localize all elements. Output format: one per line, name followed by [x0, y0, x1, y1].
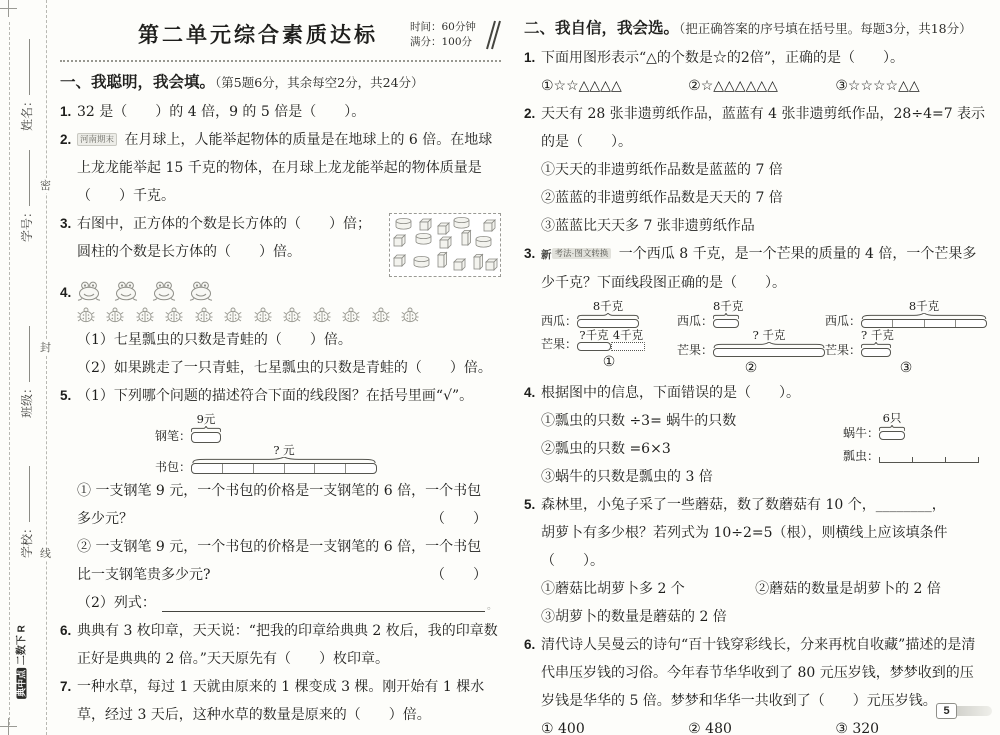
answer-blank-line — [162, 611, 485, 612]
question-1-5: 5. （1）下列哪个问题的描述符合下面的线段图？在括号里画“√”。 钢笔： 9元… — [60, 382, 501, 617]
crop-mark — [8, 718, 9, 735]
question-1-2: 2. 河南期末 在月球上，人能举起物体的质量是在地球上的 6 倍。在地球上龙龙能… — [60, 126, 501, 210]
pen-bag-line-diagram: 钢笔： 9元 书包： ? 元 — [155, 413, 455, 474]
pen-bar — [191, 432, 221, 443]
frog-icon — [152, 281, 176, 302]
student-name-field: 姓名： — [13, 39, 41, 131]
right-column: 二、我自信，我会选。（把正确答案的序号填在括号里。每题3分，共18分） 1. 下… — [524, 14, 987, 735]
question-1-5-option2: ② 一支钢笔 9 元，一个书包的价格是一支钢笔的 6 倍，一个书包 — [77, 533, 501, 561]
question-2-2-option1: ①天天的非遗剪纸作品数是蓝蓝的 7 倍 — [541, 156, 987, 184]
line-diagram-2: 西瓜： 8千克 芒果： ? 千克 — [677, 299, 825, 379]
ladybug-icon — [77, 307, 95, 323]
melon-bar — [713, 319, 739, 328]
crop-mark — [8, 0, 9, 17]
ladybug-line — [879, 457, 979, 463]
student-id-field: 学号： — [13, 150, 41, 242]
seal-char-mi: 密 — [40, 178, 51, 193]
ladybug-icon — [283, 307, 301, 323]
ladybug-icon — [224, 307, 242, 323]
ladybug-icon — [342, 307, 360, 323]
class-blank-line — [20, 326, 30, 382]
question-2-2-option3: ③蓝蓝比天天多 7 张非遗剪纸作品 — [541, 212, 987, 240]
question-2-5-options-row1: ①蘑菇比胡萝卜多 2 个 ②蘑菇的数量是胡萝卜的 2 倍 — [541, 575, 987, 603]
question-2-4-option1: ①瓢虫的只数 ÷3= 蜗牛的只数 — [541, 407, 846, 435]
frog-icon — [77, 281, 101, 302]
binding-dashed-line-inner — [46, 0, 47, 735]
mango-bar — [577, 342, 611, 351]
seal-char-xian: 线 — [40, 546, 51, 561]
ladybug-icon — [106, 307, 124, 323]
question-1-5-option1-end: 多少元？（ ） — [77, 505, 501, 533]
frog-icon — [189, 281, 213, 302]
ladybug-icon — [254, 307, 272, 323]
melon-bar — [577, 319, 639, 328]
cube-cylinder-diagram — [389, 213, 501, 277]
time-label: 时间：60分钟 — [410, 20, 484, 35]
ladybug-icon — [372, 307, 390, 323]
question-1-5-sub1: （1）下列哪个问题的描述符合下面的线段图？在括号里画“√”。 — [77, 382, 501, 410]
ladybug-icon — [165, 307, 183, 323]
question-1-5-sub2: （2）列式： 。 — [77, 589, 501, 617]
seal-char-feng: 封 — [40, 340, 51, 355]
ladybug-icon — [313, 307, 331, 323]
question-1-5-option2-end: 比一支钢笔贵多少元?（ ） — [77, 561, 501, 589]
bag-bar — [191, 463, 377, 474]
publisher-logo: 典中点 二数下 R — [8, 625, 37, 699]
question-1-4-sub1: （1）七星瓢虫的只数是青蛙的（ ）倍。 — [77, 326, 501, 354]
question-2-6-options: ① 400 ② 480 ③ 320 — [541, 715, 987, 735]
school-blank-line — [20, 466, 30, 522]
mango-bar — [861, 348, 891, 357]
paper-header: 第二单元综合素质达标 时间：60分钟 满分：100分 — [60, 12, 501, 58]
frog-row — [77, 279, 501, 305]
page-number-badge: 5 — [936, 703, 957, 719]
worksheet-page: 姓名： 学号： 班级： 学校： 密 封 线 典中点 二数下 R 第二单元综合素质… — [0, 0, 1000, 735]
mango-bar-dotted — [611, 342, 645, 351]
school-field: 学校： — [13, 466, 41, 558]
question-1-1: 1. 32 是（ ）的 4 倍，9 的 5 倍是（ ）。 — [60, 98, 501, 126]
source-tag: 河南期末 — [77, 133, 117, 146]
snail-bar — [879, 431, 905, 440]
exam-method-tag: 新考法·图文转换 — [541, 246, 611, 262]
question-2-4-option2: ②瓢虫的只数 =6×3 — [541, 435, 846, 463]
question-2-1-options: ①☆☆△△△△ ②☆△△△△△△ ③☆☆☆☆△△ — [541, 72, 987, 100]
page-number-footer: 5 — [936, 703, 992, 719]
class-field: 班级： — [13, 326, 41, 418]
question-1-4-sub2: （2）如果跳走了一只青蛙，七星瓢虫的只数是青蛙的（ ）倍。 — [77, 354, 501, 382]
ladybug-row — [77, 305, 501, 326]
header-dotted-divider — [60, 60, 501, 62]
page-title: 第二单元综合素质达标 — [60, 21, 410, 49]
question-1-7: 7. 一种水草，每过 1 天就由原来的 1 棵变成 3 棵。刚开始有 1 棵水草… — [60, 673, 501, 729]
ladybug-icon — [401, 307, 419, 323]
question-2-2: 2. 天天有 28 张非遗剪纸作品，蓝蓝有 4 张非遗剪纸作品，28÷4=7 表… — [524, 100, 987, 240]
question-2-5-option3: ③胡萝卜的数量是蘑菇的 2 倍 — [541, 603, 987, 631]
question-2-1: 1. 下面用图形表示“△的个数是☆的2倍”，正确的是（ ）。 ①☆☆△△△△ ②… — [524, 44, 987, 100]
section1-heading: 一、我聪明，我会填。（第5题6分，其余每空2分，共24分） — [60, 68, 501, 98]
line-diagram-3: 西瓜： 8千克 芒果： ? 千克 — [825, 299, 987, 379]
watermelon-diagrams: 西瓜： 8千克 芒果： ?千克 — [541, 299, 987, 379]
id-blank-line — [20, 150, 30, 206]
question-2-6: 6. 清代诗人吴曼云的诗句“百十钱穿彩线长，分来再枕自收藏”描述的是清代串压岁钱… — [524, 631, 987, 735]
logo-badge: 典中点 — [17, 668, 27, 699]
left-column: 第二单元综合素质达标 时间：60分钟 满分：100分 一、我聪明，我会填。（第5… — [60, 12, 501, 729]
question-1-6: 6. 典典有 3 枚印章，天天说：“把我的印章给典典 2 枚后，我的印章数正好是… — [60, 617, 501, 673]
binding-dashed-line-outer — [9, 22, 10, 725]
section2-heading: 二、我自信，我会选。（把正确答案的序号填在括号里。每题3分，共18分） — [524, 14, 987, 44]
score-label: 满分：100分 — [410, 35, 484, 50]
slash-marks-icon — [486, 19, 501, 51]
question-2-4-option3: ③蜗牛的只数是瓢虫的 3 倍 — [541, 463, 846, 491]
time-score-info: 时间：60分钟 满分：100分 — [410, 20, 484, 50]
snail-ladybug-diagram: 蜗牛： 6只 瓢虫： — [843, 411, 985, 463]
question-1-5-option1: ① 一支钢笔 9 元，一个书包的价格是一支钢笔的 6 倍，一个书包 — [77, 477, 501, 505]
question-2-4: 4. 根据图中的信息，下面错误的是（ ）。 ①瓢虫的只数 ÷3= 蜗牛的只数 ②… — [524, 379, 987, 491]
ladybug-icon — [195, 307, 213, 323]
ladybug-icon — [136, 307, 154, 323]
mango-bar — [713, 348, 825, 357]
question-2-3: 3. 新考法·图文转换 一个西瓜 8 千克，是一个芒果的质量的 4 倍，一个芒果… — [524, 240, 987, 379]
question-2-2-option2: ②蓝蓝的非遗剪纸作品数是天天的 7 倍 — [541, 184, 987, 212]
name-blank-line — [20, 39, 30, 95]
melon-bar — [861, 319, 987, 328]
line-diagram-1: 西瓜： 8千克 芒果： ?千克 — [541, 299, 677, 379]
question-1-3: 3. 右图中，正方体的个数是长方体的（ ）倍；圆柱的个数是长方体的（ ）倍。 — [60, 210, 501, 279]
frog-icon — [114, 281, 138, 302]
question-1-4: 4. （1）七星瓢虫的只数是青蛙的（ ）倍 — [60, 279, 501, 382]
question-2-5: 5. 森林里，小兔子采了一些蘑菇，数了数蘑菇有 10 个，________， 胡… — [524, 491, 987, 631]
